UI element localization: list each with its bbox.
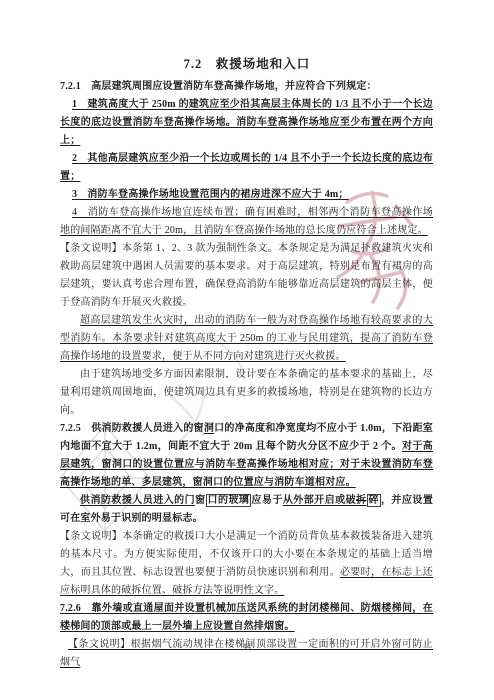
text-run: 碎	[367, 494, 381, 507]
paragraph: 【条文说明】本条确定的救援口大小是满足一个消防员背负基本救援装备进入建筑的基本尺…	[60, 528, 433, 600]
text-run: 从外部开启或破	[283, 495, 356, 506]
text-run: 超高层建筑发生火灾时，出动的消防车一般为对登高操作场地有较高要求的大型消防车。本…	[60, 315, 433, 362]
paragraph: 【条文说明】本条第 1、2、3 款为强制性条文。本条规定是为满足扑救建筑火灾和救…	[60, 240, 433, 312]
paragraph: 2 其他高层建筑应至少沿一个长边或周长的 1/4 且不小于一个长边长度的底边布置…	[60, 150, 433, 186]
paragraph: 7.2.6 靠外墙或直通屋面并设置机械加压送风系统的封闭楼梯间、防烟楼梯间，在楼…	[60, 600, 433, 636]
text-run: 7.2.5 供消防救援人员进入的窗	[60, 423, 204, 434]
text-run: 口的玻璃	[206, 494, 252, 507]
text-run: 拆	[356, 495, 366, 506]
text-run: 3 消防车登高操作场地设置范围内的裙房进深不应大于 4m；	[72, 189, 349, 200]
page-title: 7.2 救援场地和入口	[0, 54, 494, 72]
paragraph: 供消防救援人员进入的门窗口的玻璃应易于从外部开启或破拆碎，并应设置可在室外易于识…	[60, 492, 433, 528]
text-run: 应易于	[251, 495, 282, 506]
paragraph: 7.2.5 供消防救援人员进入的窗洞口的净高度和净宽度均不应小于 1.0m，下沿…	[60, 420, 433, 492]
text-run: 1 建筑高度大于 250m 的建筑应至少沿其高层主体周长的 1/3 且不小于一个…	[60, 99, 433, 146]
text-run: 洞	[204, 423, 214, 434]
paragraph: 1 建筑高度大于 250m 的建筑应至少沿其高层主体周长的 1/3 且不小于一个…	[60, 96, 433, 150]
paragraph: 7.2.1 高层建筑周围应设置消防车登高操作场地，并应符合下列规定：	[60, 78, 433, 96]
text-run: 供消防救援人员进入的门	[80, 495, 195, 506]
text-run: 4 消防车登高操作场地宜连续布置；确有困难时，相邻两个消防车登高操作场地的间隔距…	[60, 207, 433, 236]
text-run: 7.2.1 高层建筑周围应设置消防车登高操作场地，并应符合下列规定：	[60, 81, 377, 92]
text-run: 由于建筑场地受多方面因素限制，设计要在本条确定的基本要求的基础上，尽量利用建筑周…	[60, 369, 433, 416]
text-run: 2 其他高层建筑应至少沿一个长边或周长的 1/4 且不小于一个长边长度的底边布置…	[60, 153, 433, 182]
paragraph: 3 消防车登高操作场地设置范围内的裙房进深不应大于 4m；	[60, 186, 433, 204]
text-run: 窗	[195, 495, 205, 506]
page-number: 44	[0, 642, 494, 651]
paragraph: 超高层建筑发生火灾时，出动的消防车一般为对登高操作场地有较高要求的大型消防车。本…	[60, 312, 433, 366]
paragraph: 4 消防车登高操作场地宜连续布置；确有困难时，相邻两个消防车登高操作场地的间隔距…	[60, 204, 433, 240]
paragraph: 由于建筑场地受多方面因素限制，设计要在本条确定的基本要求的基础上，尽量利用建筑周…	[60, 366, 433, 420]
text-run: 【条文说明】本条第 1、2、3 款为强制性条文。本条规定是为满足扑救建筑火灾和救…	[60, 243, 433, 308]
document-page: 7.2 救援场地和入口 7.2.1 高层建筑周围应设置消防车登高操作场地，并应符…	[0, 0, 494, 700]
document-body: 7.2.1 高层建筑周围应设置消防车登高操作场地，并应符合下列规定：1 建筑高度…	[60, 78, 433, 672]
text-run: 7.2.6 靠外墙或直通屋面并设置机械加压送风系统的封闭楼梯间、防烟楼梯间，在楼…	[60, 603, 433, 632]
